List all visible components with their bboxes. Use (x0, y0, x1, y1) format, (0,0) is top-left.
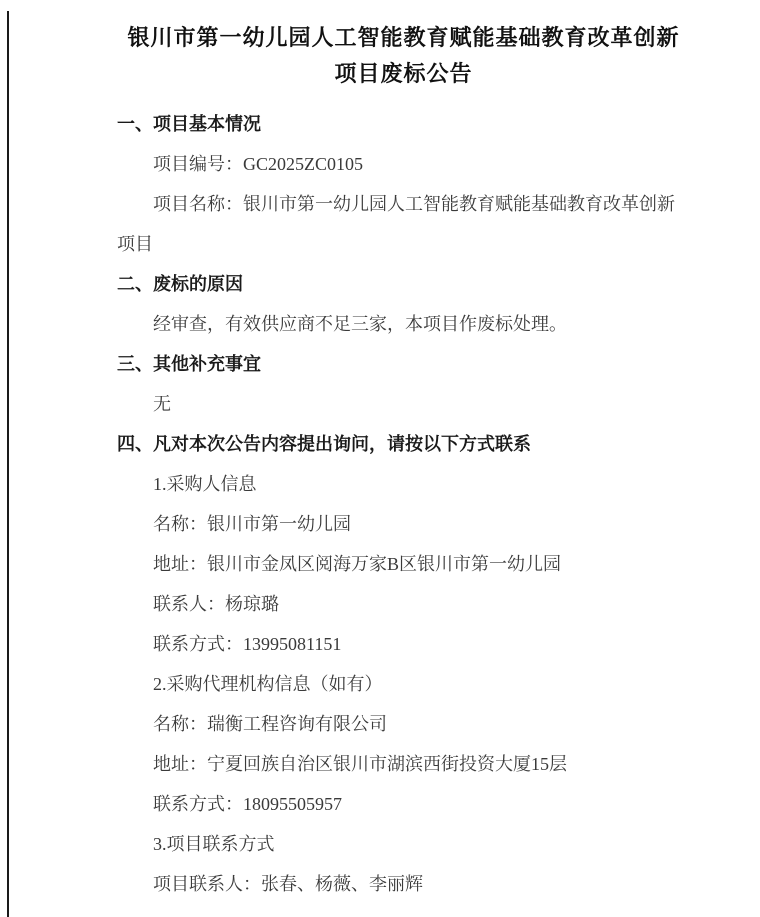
paragraph-purchaser-name: 名称：银川市第一幼儿园 (117, 504, 690, 544)
paragraph-agency-info-label: 2.采购代理机构信息（如有） (117, 664, 690, 704)
paragraph-agency-address: 地址：宁夏回族自治区银川市湖滨西街投资大厦15层 (117, 744, 690, 784)
section-heading: 四、凡对本次公告内容提出询问，请按以下方式联系 (117, 424, 690, 464)
section-basic-info: 一、项目基本情况 项目编号：GC2025ZC0105 项目名称：银川市第一幼儿园… (117, 104, 690, 264)
paragraph-project-contact-label: 3.项目联系方式 (117, 824, 690, 864)
paragraph-project-contact-persons: 项目联系人：张春、杨薇、李丽辉 (117, 864, 690, 904)
section-heading: 二、废标的原因 (117, 264, 690, 304)
document-title-line1: 银川市第一幼儿园人工智能教育赋能基础教育改革创新 (117, 20, 690, 56)
paragraph-agency-phone: 联系方式：18095505957 (117, 784, 690, 824)
paragraph-reason: 经审查，有效供应商不足三家，本项目作废标处理。 (117, 304, 690, 344)
paragraph-purchaser-info-label: 1.采购人信息 (117, 464, 690, 504)
paragraph-purchaser-address: 地址：银川市金凤区阅海万家B区银川市第一幼儿园 (117, 544, 690, 584)
document-title: 银川市第一幼儿园人工智能教育赋能基础教育改革创新 项目废标公告 (117, 20, 690, 92)
paragraph-project-name: 项目名称：银川市第一幼儿园人工智能教育赋能基础教育改革创新项目 (117, 184, 690, 264)
document-title-line2: 项目废标公告 (117, 56, 690, 92)
section-heading: 三、其他补充事宜 (117, 344, 690, 384)
paragraph-none: 无 (117, 384, 690, 424)
section-cancellation-reason: 二、废标的原因 经审查，有效供应商不足三家，本项目作废标处理。 (117, 264, 690, 344)
paragraph-purchaser-phone: 联系方式：13995081151 (117, 624, 690, 664)
paragraph-purchaser-contact-person: 联系人：杨琼璐 (117, 584, 690, 624)
section-contact-info: 四、凡对本次公告内容提出询问，请按以下方式联系 1.采购人信息 名称：银川市第一… (117, 424, 690, 904)
section-other-matters: 三、其他补充事宜 无 (117, 344, 690, 424)
announcement-document: 银川市第一幼儿园人工智能教育赋能基础教育改革创新 项目废标公告 一、项目基本情况… (0, 0, 760, 917)
section-heading: 一、项目基本情况 (117, 104, 690, 144)
paragraph-agency-name: 名称：瑞衡工程咨询有限公司 (117, 704, 690, 744)
paragraph-project-number: 项目编号：GC2025ZC0105 (117, 144, 690, 184)
